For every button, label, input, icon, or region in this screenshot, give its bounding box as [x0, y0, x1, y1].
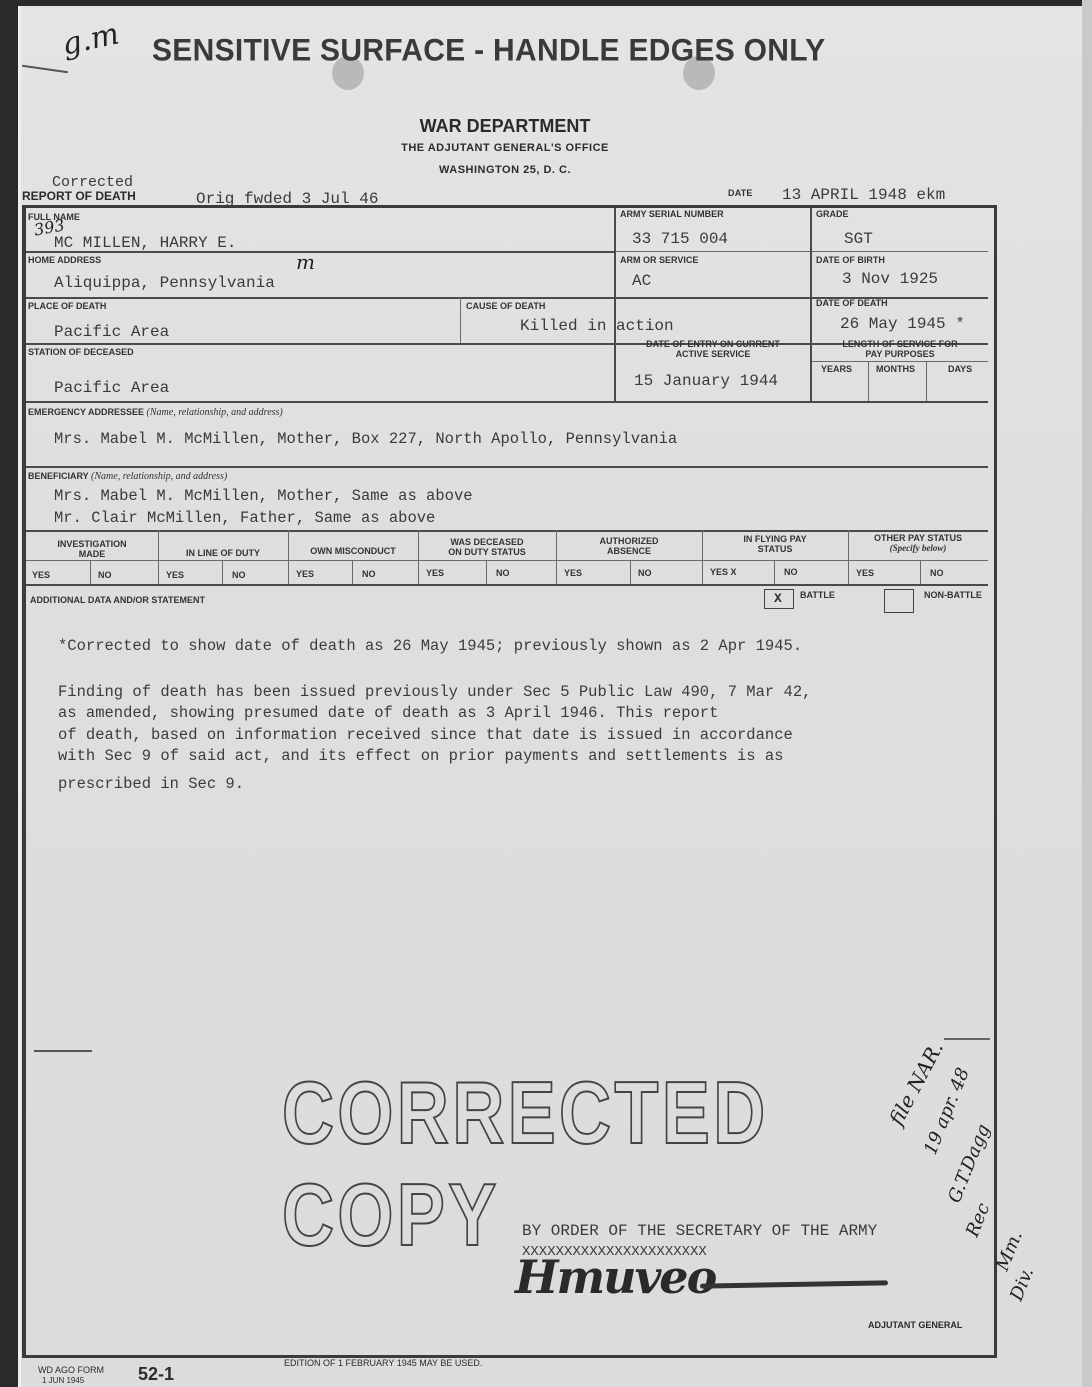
col-other-pay-1: OTHER PAY STATUS [848, 533, 988, 543]
cause-of-death-value: Killed in action [520, 317, 674, 335]
form-date: 1 JUN 1945 [42, 1376, 84, 1385]
months-label: MONTHS [876, 364, 915, 374]
yes-duty-status: YES [426, 568, 444, 578]
full-name-value: MC MILLEN, HARRY E. [54, 234, 236, 252]
order-line: BY ORDER OF THE SECRETARY OF THE ARMY [522, 1222, 877, 1240]
col-absence-2: ABSENCE [556, 546, 702, 556]
yes-line-of-duty: YES [166, 570, 184, 580]
no-investigation: NO [98, 570, 112, 580]
statement-line-5: prescribed in Sec 9. [58, 774, 244, 795]
dob-value: 3 Nov 1925 [842, 270, 938, 288]
form-number: 52-1 [138, 1364, 174, 1385]
rule [926, 361, 927, 401]
cause-of-death-label: CAUSE OF DEATH [466, 301, 545, 311]
rule [26, 530, 988, 532]
arm-service-label: ARM OR SERVICE [620, 255, 698, 265]
entry-date-label-1: DATE OF ENTRY ON CURRENT [616, 339, 810, 349]
rule [614, 208, 616, 401]
no-flying-pay: NO [784, 567, 798, 577]
rule [868, 361, 869, 401]
station-value: Pacific Area [54, 379, 169, 397]
yes-flying-pay: YES X [710, 567, 737, 577]
no-absence: NO [638, 568, 652, 578]
page-edge [1082, 0, 1092, 1387]
years-label: YEARS [821, 364, 852, 374]
adjutant-general-title: ADJUTANT GENERAL [868, 1320, 962, 1330]
serial-number-label: ARMY SERIAL NUMBER [620, 209, 724, 219]
office-title: THE ADJUTANT GENERAL'S OFFICE [0, 142, 1010, 154]
no-other-pay: NO [930, 568, 944, 578]
col-other-pay-2: (Specify below) [848, 543, 988, 553]
yes-investigation: YES [32, 570, 50, 580]
rule [352, 560, 353, 584]
non-battle-label: NON-BATTLE [924, 590, 982, 600]
col-investigation-1: INVESTIGATION [26, 539, 158, 549]
rule [26, 560, 988, 561]
correction-note: *Corrected to show date of death as 26 M… [58, 636, 802, 657]
margin-tick [944, 1038, 990, 1040]
department-title: WAR DEPARTMENT [0, 116, 1010, 137]
yes-misconduct: YES [296, 569, 314, 579]
days-label: DAYS [948, 364, 972, 374]
rule [486, 560, 487, 584]
battle-label: BATTLE [800, 590, 835, 600]
emergency-value: Mrs. Mabel M. McMillen, Mother, Box 227,… [54, 430, 677, 448]
emergency-label-text: EMERGENCY ADDRESSEE [28, 407, 144, 417]
rule [774, 560, 775, 584]
no-duty-status: NO [496, 568, 510, 578]
entry-date-value: 15 January 1944 [634, 372, 778, 390]
statement-line-1: Finding of death has been issued previou… [58, 682, 811, 703]
yes-absence: YES [564, 568, 582, 578]
dod-value: 26 May 1945 * [840, 315, 965, 333]
col-absence-1: AUTHORIZED [556, 536, 702, 546]
rule [630, 560, 631, 584]
statement-line-3: of death, based on information received … [58, 725, 793, 746]
col-flying-pay-1: IN FLYING PAY [702, 534, 848, 544]
dod-label: DATE OF DEATH [816, 298, 888, 308]
report-title: REPORT OF DEATH [22, 189, 136, 203]
additional-data-label: ADDITIONAL DATA AND/OR STATEMENT [30, 595, 205, 605]
battle-check-mark: X [774, 591, 782, 606]
rule [614, 251, 810, 252]
rule [222, 560, 223, 584]
sensitive-banner: SENSITIVE SURFACE - HANDLE EDGES ONLY [152, 33, 825, 69]
col-line-of-duty: IN LINE OF DUTY [158, 548, 288, 558]
beneficiary-label-hint: (Name, relationship, and address) [91, 471, 227, 482]
grade-label: GRADE [816, 209, 849, 219]
serial-number-value: 33 715 004 [632, 230, 728, 248]
col-flying-pay-2: STATUS [702, 544, 848, 554]
date-label: DATE [728, 188, 753, 198]
signature: Hmuveo [515, 1250, 715, 1304]
emergency-label: EMERGENCY ADDRESSEE (Name, relationship,… [28, 407, 283, 418]
form-label: WD AGO FORM [38, 1365, 104, 1375]
rule [920, 560, 921, 584]
dob-label: DATE OF BIRTH [816, 255, 885, 265]
report-date: 13 APRIL 1948 ekm [782, 186, 945, 204]
beneficiary-label: BENEFICIARY (Name, relationship, and add… [28, 471, 227, 482]
home-address-value: Aliquippa, Pennsylvania [54, 274, 275, 292]
rule [26, 466, 988, 468]
rule [26, 401, 988, 403]
service-length-label-2: PAY PURPOSES [812, 349, 988, 359]
office-address: WASHINGTON 25, D. C. [0, 164, 1010, 176]
service-length-label-1: LENGTH OF SERVICE FOR [812, 339, 988, 349]
arm-service-value: AC [632, 272, 651, 290]
emergency-label-hint: (Name, relationship, and address) [147, 407, 283, 418]
margin-tick [34, 1050, 92, 1052]
rule [810, 251, 988, 252]
col-investigation-2: MADE [26, 549, 158, 559]
station-label: STATION OF DECEASED [28, 347, 134, 357]
home-address-label: HOME ADDRESS [28, 255, 101, 265]
beneficiary-line-2: Mr. Clair McMillen, Father, Same as abov… [54, 509, 435, 527]
rule [26, 584, 988, 586]
rule [288, 530, 289, 584]
statement-line-4: with Sec 9 of said act, and its effect o… [58, 746, 784, 767]
battle-checkbox[interactable]: X [764, 589, 794, 609]
address-annotation: m [296, 250, 315, 274]
rule [810, 361, 988, 362]
grade-value: SGT [844, 230, 873, 248]
yes-other-pay: YES [856, 568, 874, 578]
beneficiary-label-text: BENEFICIARY [28, 471, 89, 481]
statement-line-2: as amended, showing presumed date of dea… [58, 703, 718, 724]
col-duty-status-1: WAS DECEASED [418, 537, 556, 547]
col-duty-status-2: ON DUTY STATUS [418, 547, 556, 557]
edition-note: EDITION OF 1 FEBRUARY 1945 MAY BE USED. [284, 1358, 482, 1368]
no-line-of-duty: NO [232, 570, 246, 580]
rule [90, 560, 91, 584]
rule [810, 208, 812, 401]
place-of-death-value: Pacific Area [54, 323, 169, 341]
entry-date-label-2: ACTIVE SERVICE [616, 349, 810, 359]
col-misconduct: OWN MISCONDUCT [288, 546, 418, 556]
non-battle-checkbox[interactable] [884, 589, 914, 613]
rule [460, 297, 461, 343]
no-misconduct: NO [362, 569, 376, 579]
place-of-death-label: PLACE OF DEATH [28, 301, 106, 311]
beneficiary-line-1: Mrs. Mabel M. McMillen, Mother, Same as … [54, 487, 473, 505]
